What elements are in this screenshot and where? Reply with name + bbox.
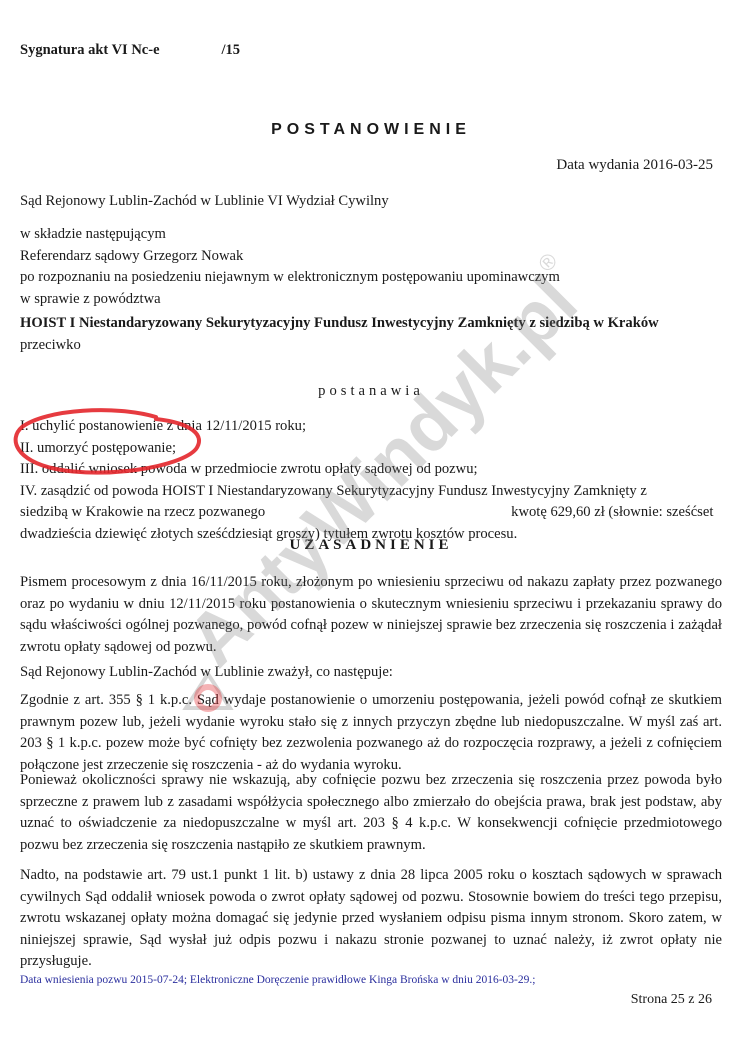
- decision-point-4-recipient: siedzibą w Krakowie na rzecz pozwanego: [20, 504, 265, 520]
- decision-point-2: II. umorzyć postępowanie;: [20, 438, 720, 460]
- court-composition: w składzie następującym Referendarz sądo…: [20, 224, 560, 310]
- decision-point-4-cont: siedzibą w Krakowie na rzecz pozwanegokw…: [20, 502, 720, 524]
- composition-line: po rozpoznaniu na posiedzeniu niejawnym …: [20, 267, 560, 289]
- composition-line: Referendarz sądowy Grzegorz Nowak: [20, 246, 560, 268]
- composition-line: w składzie następującym: [20, 224, 560, 246]
- document-title: POSTANOWIENIE: [0, 121, 742, 139]
- decision-point-4-amount: kwotę 629,60 zł (słownie: sześćset: [511, 504, 713, 520]
- composition-line: w sprawie z powództwa: [20, 289, 560, 311]
- decision-heading: postanawia: [0, 383, 742, 400]
- decision-points: I. uchylić postanowienie z dnia 12/11/20…: [20, 416, 720, 545]
- case-signature-number: /15: [222, 42, 241, 58]
- justification-paragraph: Zgodnie z art. 355 § 1 k.p.c. Sąd wydaje…: [20, 690, 722, 776]
- page-number: Strona 25 z 26: [631, 992, 712, 1008]
- case-signature: Sygnatura akt VI Nc-e/15: [20, 42, 240, 59]
- decision-point-1: I. uchylić postanowienie z dnia 12/11/20…: [20, 416, 720, 438]
- decision-point-3: III. oddalić wniosek powoda w przedmioci…: [20, 459, 720, 481]
- decision-point-4: IV. zasądzić od powoda HOIST I Niestanda…: [20, 481, 720, 503]
- justification-heading: UZASADNIENIE: [0, 537, 742, 554]
- court-name: Sąd Rejonowy Lublin-Zachód w Lublinie VI…: [20, 191, 389, 213]
- justification-paragraph: Sąd Rejonowy Lublin-Zachód w Lublinie zw…: [20, 662, 722, 684]
- plaintiff-block: HOIST I Niestandaryzowany Sekurytyzacyjn…: [20, 313, 659, 356]
- document-page: Sygnatura akt VI Nc-e/15 POSTANOWIENIE D…: [0, 0, 742, 1050]
- justification-paragraph: Ponieważ okoliczności sprawy nie wskazuj…: [20, 770, 722, 856]
- plaintiff-name: HOIST I Niestandaryzowany Sekurytyzacyjn…: [20, 313, 659, 335]
- justification-paragraph: Pismem procesowym z dnia 16/11/2015 roku…: [20, 572, 722, 658]
- case-signature-label: Sygnatura akt VI Nc-e: [20, 42, 160, 58]
- issue-date: Data wydania 2016-03-25: [556, 157, 713, 174]
- justification-paragraph: Nadto, na podstawie art. 79 ust.1 punkt …: [20, 865, 722, 973]
- against-label: przeciwko: [20, 335, 659, 357]
- filing-note: Data wniesienia pozwu 2015-07-24; Elektr…: [20, 974, 535, 986]
